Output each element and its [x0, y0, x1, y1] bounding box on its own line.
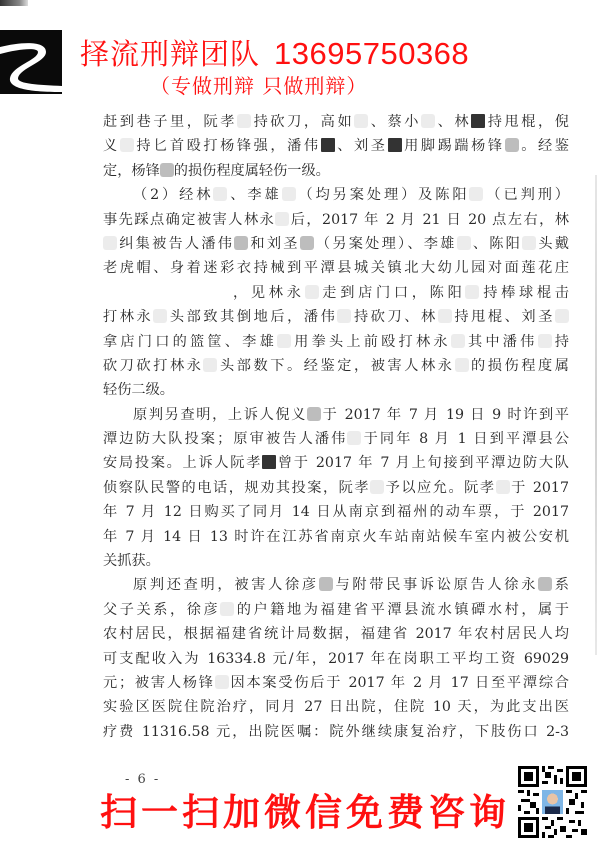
redaction — [277, 334, 291, 348]
text-line: 潭边防大队投案；原审被告人潘伟于同年 8 月 1 日到平潭县公 — [103, 427, 569, 451]
text-line: 可支配收入为 16334.8 元/年，2017 年在岗职工平均工资 69029 — [103, 647, 569, 671]
redaction — [160, 163, 174, 177]
redaction — [347, 431, 361, 445]
redaction — [538, 334, 552, 348]
team-name: 择流刑辩团队 — [80, 37, 260, 71]
text-line: 义持匕首殴打杨锋强，潘伟、刘圣用脚踢踹杨锋。经鉴 — [103, 134, 569, 158]
text-line: 事先踩点确定被害人林永后，2017 年 2 月 21 日 20 点左右，林 — [103, 208, 569, 232]
text-line: 实验区医院住院治疗，同月 27 日出院，住院 10 天，为此支出医 — [103, 695, 569, 719]
redaction — [275, 212, 289, 226]
text-line: 年 7 月 14 日 13 时许在江苏省南京火车站南站候车室内被公安机 — [103, 525, 569, 549]
redaction — [370, 480, 384, 494]
text-line: 原判还查明，被害人徐彦与附带民事诉讼原告人徐永系 — [103, 573, 569, 597]
redaction — [262, 455, 276, 469]
redaction — [505, 138, 519, 152]
banner-title: 择流刑辩团队13695750368 — [80, 37, 469, 71]
redaction — [220, 602, 234, 616]
text-line: 砍刀砍打林永头部数下。经鉴定，被害人林永的损伤程度属 — [103, 354, 569, 378]
redaction — [282, 187, 296, 201]
banner-subtitle: （专做刑辩 只做刑辩） — [150, 73, 367, 99]
redaction — [215, 675, 229, 689]
redaction — [337, 309, 351, 323]
redaction — [234, 236, 248, 250]
redaction — [153, 309, 167, 323]
text-line: 年 7 月 12 日购买了同月 14 日从南京到福州的动车票，于 2017 — [103, 500, 569, 524]
wechat-qr-code-icon[interactable] — [515, 763, 590, 841]
text-line: 元；被害人杨锋因本案受伤后于 2017 年 2 月 17 日至平潭综合 — [103, 671, 569, 695]
phone-number[interactable]: 13695750368 — [274, 36, 469, 71]
scan-edge-mark — [0, 0, 28, 6]
wechat-consult-cta: 扫一扫加微信免费咨询 — [100, 790, 510, 834]
redaction — [237, 114, 251, 128]
text-line: 定，杨锋的损伤程度属轻伤一级。 — [103, 159, 569, 183]
redaction — [307, 407, 321, 421]
text-line: 父子关系，徐彦的户籍地为福建省平潭县流水镇磹水村，属于 — [103, 598, 569, 622]
redaction — [319, 577, 333, 591]
redaction — [120, 138, 134, 152]
redaction — [522, 236, 536, 250]
redaction — [469, 187, 483, 201]
redaction — [471, 114, 485, 128]
text-line: 拿店门口的篮筐、李雄用拳头上前殴打林永其中潘伟持 — [103, 330, 569, 354]
redaction — [300, 236, 314, 250]
page-number: - 6 - — [125, 772, 160, 787]
text-line: 侦察队民警的电话，规劝其投案，阮孝予以应允。阮孝于 2017 — [103, 476, 569, 500]
redaction — [388, 138, 402, 152]
redaction — [451, 334, 465, 348]
redaction — [465, 285, 479, 299]
redaction — [421, 114, 435, 128]
text-line: ，见林永走到店门口，陈阳持棒球棍击 — [103, 281, 569, 305]
scan-edge-line — [595, 175, 597, 655]
redaction — [321, 138, 335, 152]
redaction — [457, 236, 471, 250]
text-line: 安局投案。上诉人阮孝曾于 2017 年 7 月上旬接到平潭边防大队 — [103, 451, 569, 475]
text-line: 赶到巷子里，阮孝持砍刀，高如、蔡小、林持甩棍，倪 — [103, 110, 569, 134]
text-line: 老虎帽、身着迷彩衣持械到平潭县城关镇北大幼儿园对面莲花庄 — [103, 256, 569, 280]
redaction — [203, 358, 217, 372]
redaction — [354, 114, 368, 128]
redaction — [538, 577, 552, 591]
redaction — [496, 480, 510, 494]
text-line: 疗费 11316.58 元，出院医嘱：院外继续康复治疗，下肢伤口 2-3 — [103, 720, 569, 744]
redaction — [213, 187, 227, 201]
redaction — [455, 358, 469, 372]
text-line: 纠集被告人潘伟和刘圣（另案处理）、李雄、陈阳头戴 — [103, 232, 569, 256]
text-line: 关抓获。 — [103, 549, 569, 573]
redaction — [103, 236, 117, 250]
text-line: 农村居民，根据福建省统计局数据，福建省 2017 年农村居民人均 — [103, 622, 569, 646]
river-z-logo-icon — [0, 30, 62, 94]
document-body: 赶到巷子里，阮孝持砍刀，高如、蔡小、林持甩棍，倪 义持匕首殴打杨锋强，潘伟、刘圣… — [103, 110, 569, 744]
text-line: 原判另查明，上诉人倪义于 2017 年 7 月 19 日 9 时许到平 — [103, 403, 569, 427]
redaction — [555, 309, 569, 323]
text-line: 打林永头部致其倒地后，潘伟持砍刀、林持甩棍、刘圣 — [103, 305, 569, 329]
text-line: 轻伤二级。 — [103, 378, 569, 402]
redaction — [438, 309, 452, 323]
redaction — [305, 285, 319, 299]
text-line: （2）经林、李雄（均另案处理）及陈阳（已判刑） — [103, 183, 569, 207]
